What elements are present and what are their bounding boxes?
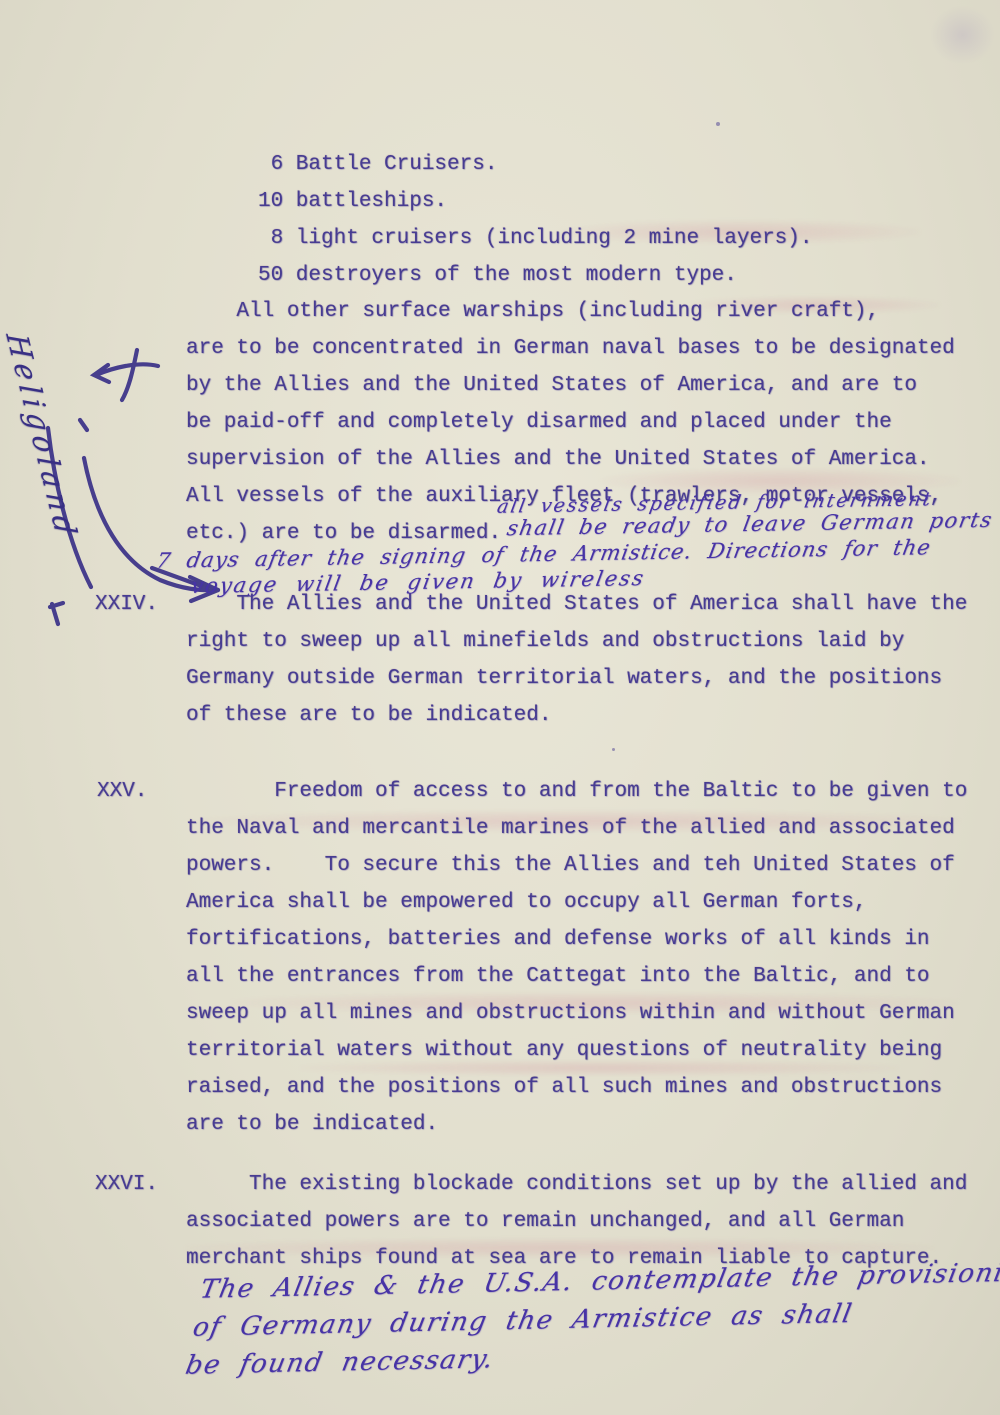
section-body-xxv: Freedom of access to and from the Baltic…	[186, 773, 967, 1143]
document-page: Heligoland 6 Battle Cruisers. 10 battles…	[0, 0, 1000, 1415]
fleet-list: 6 Battle Cruisers. 10 battleships. 8 lig…	[258, 146, 813, 294]
ink-speck	[716, 122, 720, 126]
handwritten-footer-note: The Allies & the U.S.A. contemplate the …	[182, 1253, 1000, 1384]
section-numeral-xxv: XXV.	[97, 773, 147, 810]
corner-smudge	[930, 5, 995, 65]
section-body-xxiv: The Allies and the United States of Amer…	[186, 586, 967, 734]
section-numeral-xxiv: XXIV.	[95, 586, 158, 623]
section-numeral-xxvi: XXVI.	[95, 1166, 158, 1203]
ink-speck	[612, 748, 615, 751]
